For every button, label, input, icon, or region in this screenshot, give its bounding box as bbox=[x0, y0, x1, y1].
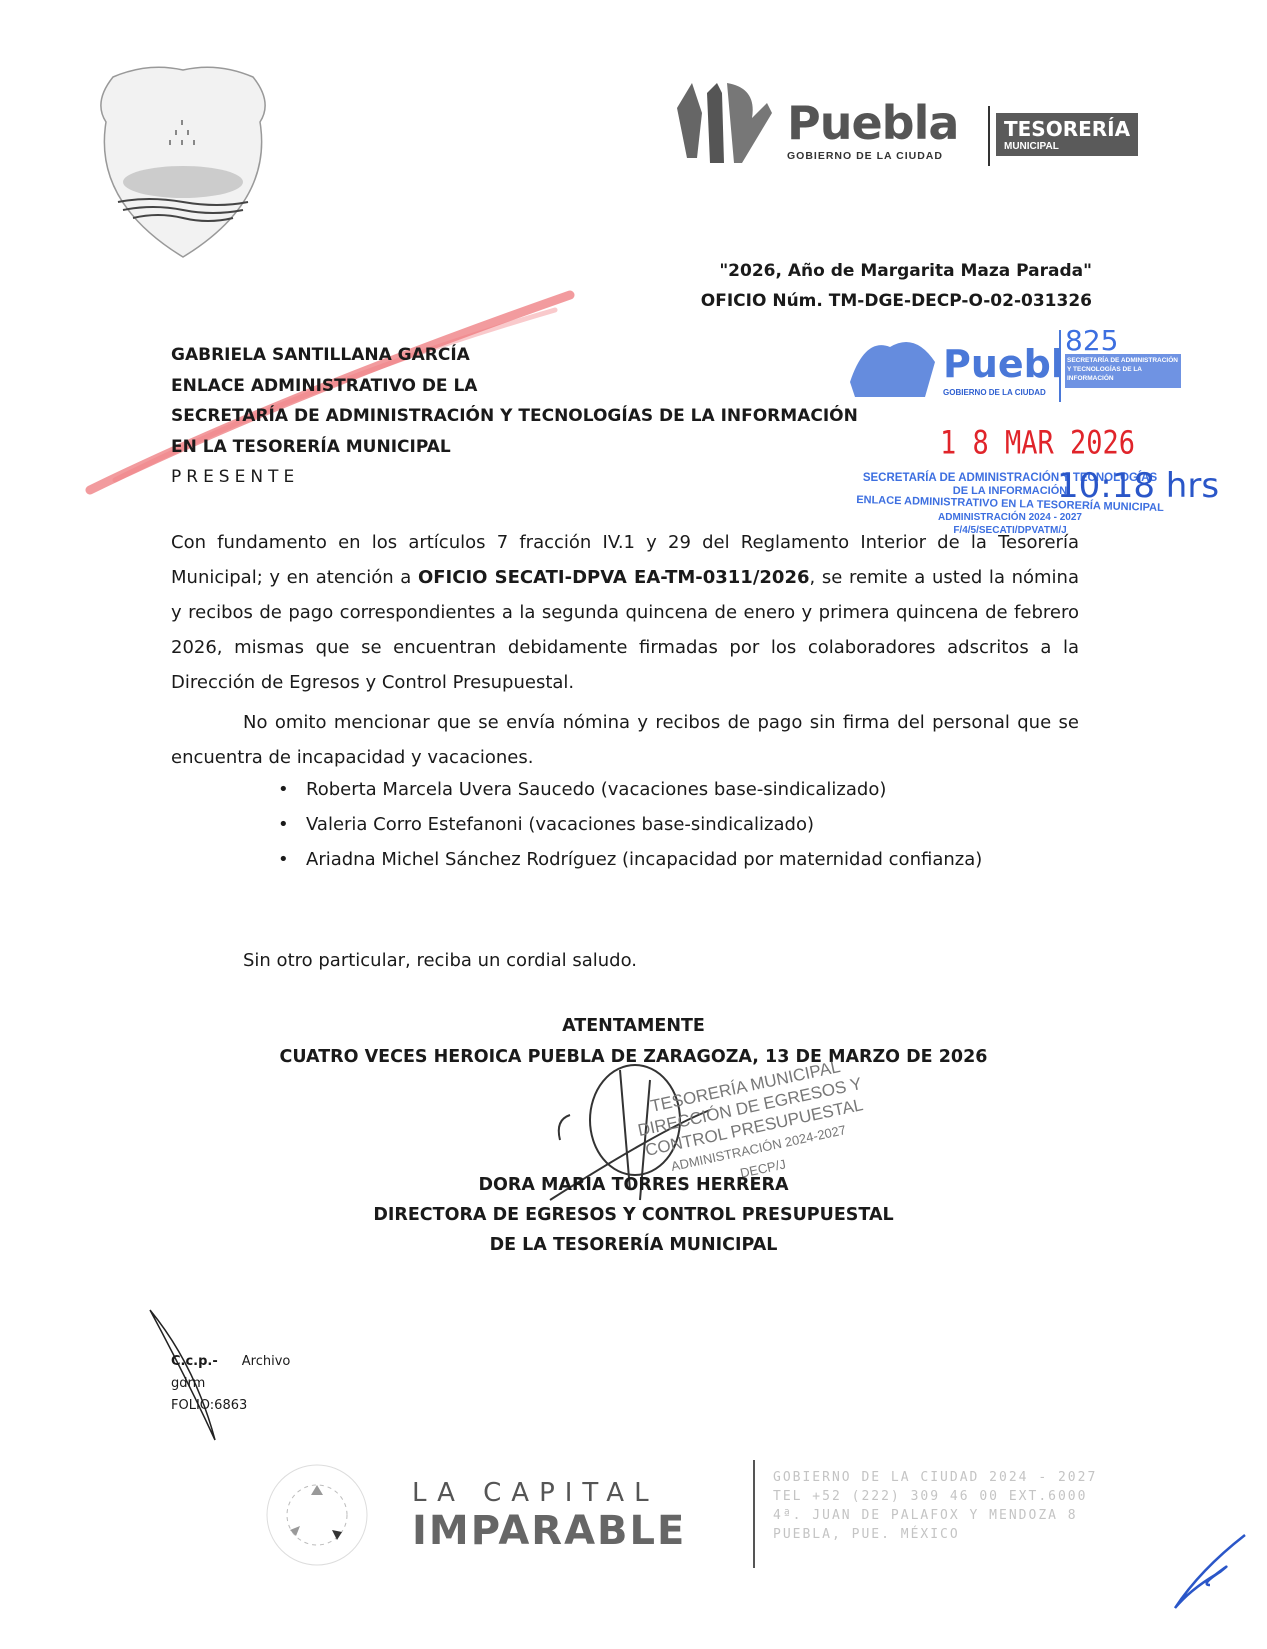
igualdad-laboral-seal-icon bbox=[262, 1460, 372, 1570]
stamp-date: 1 8 MAR 2026 bbox=[940, 425, 1135, 462]
list-item: Valeria Corro Estefanoni (vacaciones bas… bbox=[282, 807, 1079, 842]
signer-title-2: DE LA TESORERÍA MUNICIPAL bbox=[0, 1235, 1267, 1255]
city-coat-of-arms-icon bbox=[88, 62, 278, 262]
ccp-block: C.c.p.-Archivo gdrm FOLIO:6863 bbox=[171, 1351, 290, 1417]
brand-subtitle: GOBIERNO DE LA CIUDAD bbox=[787, 150, 958, 162]
puebla-monuments-icon bbox=[845, 332, 940, 402]
blue-initial-scribble bbox=[1160, 1530, 1250, 1610]
stamp-divider bbox=[1059, 330, 1061, 402]
list-item: Roberta Marcela Uvera Saucedo (vacacione… bbox=[282, 772, 1079, 807]
oficio-number: OFICIO Núm. TM-DGE-DECP-O-02-031326 bbox=[701, 286, 1092, 316]
atentamente: ATENTAMENTE bbox=[0, 1016, 1267, 1036]
reception-stamp-logo: Puebla GOBIERNO DE LA CIUDAD 825 SECRETA… bbox=[845, 330, 1185, 405]
footer-address: GOBIERNO DE LA CIUDAD 2024 - 2027 TEL +5… bbox=[773, 1468, 1097, 1544]
logo-divider bbox=[988, 106, 990, 166]
signer-name: DORA MARIA TORRES HERRERA bbox=[0, 1175, 1267, 1195]
stamp-box: SECRETARÍA DE ADMINISTRACIÓN Y TECNOLOGÍ… bbox=[1065, 354, 1181, 388]
list-item: Ariadna Michel Sánchez Rodríguez (incapa… bbox=[282, 842, 1079, 877]
ccp-folio: FOLIO:6863 bbox=[171, 1395, 290, 1417]
brand-name: Puebla bbox=[787, 96, 958, 150]
referenced-oficio: OFICIO SECATI-DPVA EA-TM-0311/2026 bbox=[418, 567, 810, 588]
handwritten-time: 10:18 hrs bbox=[1057, 466, 1219, 506]
signer-title: DIRECTORA DE EGRESOS Y CONTROL PRESUPUES… bbox=[0, 1205, 1267, 1225]
footer-divider bbox=[753, 1460, 755, 1568]
puebla-tesoreria-logo: Puebla GOBIERNO DE LA CIUDAD TESORERÍA M… bbox=[672, 78, 1142, 178]
slogan-line-1: LA CAPITAL bbox=[412, 1478, 686, 1508]
ccp-value: Archivo bbox=[242, 1354, 291, 1369]
stamp-brand-subtitle: GOBIERNO DE LA CIUDAD bbox=[943, 388, 1046, 397]
ccp-initials: gdrm bbox=[171, 1373, 290, 1395]
slogan-line-2: IMPARABLE bbox=[412, 1508, 686, 1554]
closing-line: Sin otro particular, reciba un cordial s… bbox=[243, 950, 637, 971]
year-motto: "2026, Año de Margarita Maza Parada" bbox=[701, 256, 1092, 286]
tesoreria-badge: TESORERÍA MUNICIPAL bbox=[996, 113, 1138, 156]
staff-list: Roberta Marcela Uvera Saucedo (vacacione… bbox=[282, 772, 1079, 877]
body-paragraph-1: Con fundamento en los artículos 7 fracci… bbox=[171, 525, 1079, 700]
recipient-block: GABRIELA SANTILLANA GARCÍA ENLACE ADMINI… bbox=[171, 340, 858, 493]
recipient-location: EN LA TESORERÍA MUNICIPAL bbox=[171, 432, 858, 463]
puebla-monuments-icon bbox=[672, 78, 782, 168]
recipient-dept: SECRETARÍA DE ADMINISTRACIÓN Y TECNOLOGÍ… bbox=[171, 401, 858, 432]
header-reference: "2026, Año de Margarita Maza Parada" OFI… bbox=[701, 256, 1092, 316]
recipient-name: GABRIELA SANTILLANA GARCÍA bbox=[171, 340, 858, 371]
la-capital-imparable-logo: LA CAPITAL IMPARABLE bbox=[412, 1478, 686, 1554]
presente: PRESENTE bbox=[171, 462, 858, 493]
recipient-title: ENLACE ADMINISTRATIVO DE LA bbox=[171, 371, 858, 402]
stamp-folio-number: 825 bbox=[1065, 324, 1118, 357]
body-paragraph-2: No omito mencionar que se envía nómina y… bbox=[171, 705, 1079, 775]
ccp-label: C.c.p.- bbox=[171, 1354, 218, 1369]
